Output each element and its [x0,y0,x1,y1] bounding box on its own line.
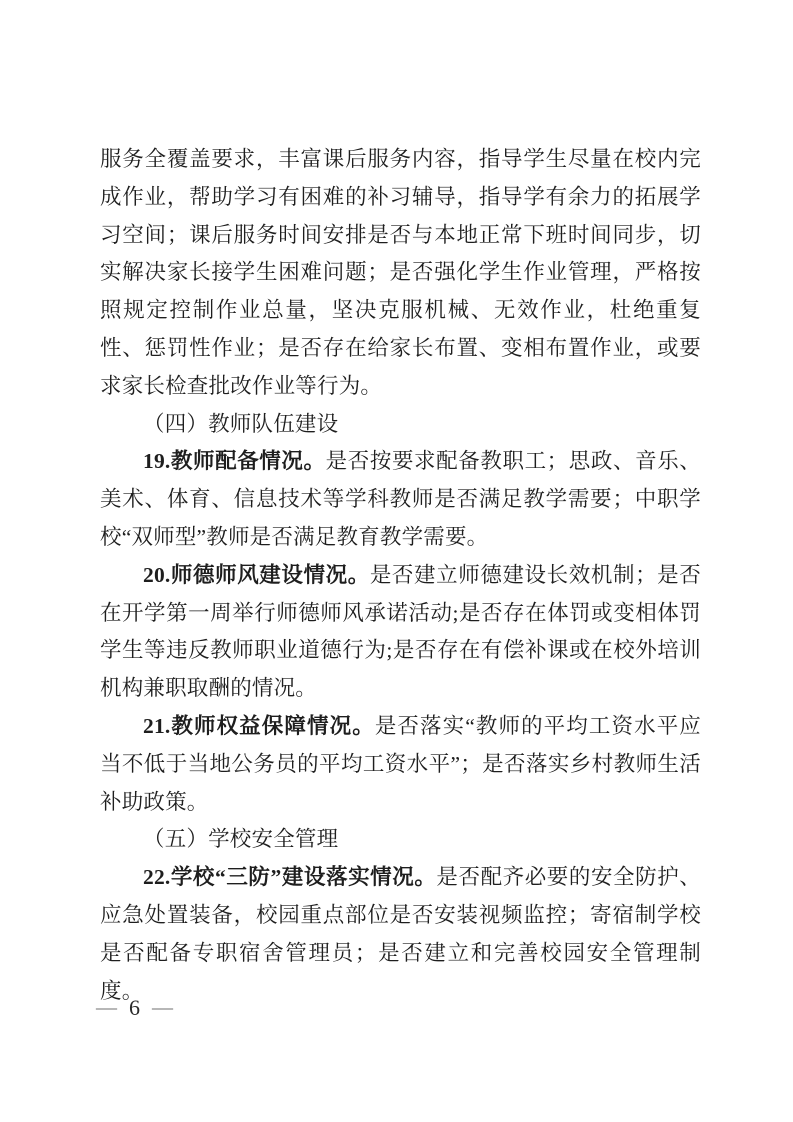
section-heading-5: （五）学校安全管理 [100,821,701,859]
item-19-title: 19.教师配备情况。 [143,449,326,473]
footer-dash-left: — [96,995,117,1020]
paragraph-text: 服务全覆盖要求，丰富课后服务内容，指导学生尽量在校内完成作业，帮助学习有困难的补… [100,147,701,398]
item-22-title: 22.学校“三防”建设落实情况。 [143,865,436,889]
numbered-item-19: 19.教师配备情况。是否按要求配备教职工；思政、音乐、美术、体育、信息技术等学科… [100,443,701,556]
numbered-item-21: 21.教师权益保障情况。是否落实“教师的平均工资水平应当不低于当地公务员的平均工… [100,708,701,821]
item-21-title: 21.教师权益保障情况。 [143,714,375,738]
body-paragraph-continuation: 服务全覆盖要求，丰富课后服务内容，指导学生尽量在校内完成作业，帮助学习有困难的补… [100,141,701,406]
section-heading-4: （四）教师队伍建设 [100,406,701,444]
item-20-title: 20.师德师风建设情况。 [143,563,370,587]
numbered-item-20: 20.师德师风建设情况。是否建立师德建设长效机制；是否在开学第一周举行师德师风承… [100,557,701,708]
document-text-block: 服务全覆盖要求，丰富课后服务内容，指导学生尽量在校内完成作业，帮助学习有困难的补… [100,141,701,1010]
document-page: 服务全覆盖要求，丰富课后服务内容，指导学生尽量在校内完成作业，帮助学习有困难的补… [0,0,793,1122]
section-heading-text: （四）教师队伍建设 [143,412,338,436]
page-number: 6 [129,995,140,1021]
section-heading-text: （五）学校安全管理 [143,827,338,851]
page-footer: — 6 — [96,995,173,1021]
numbered-item-22: 22.学校“三防”建设落实情况。是否配齐必要的安全防护、应急处置装备，校园重点部… [100,859,701,1010]
footer-dash-right: — [152,995,173,1020]
